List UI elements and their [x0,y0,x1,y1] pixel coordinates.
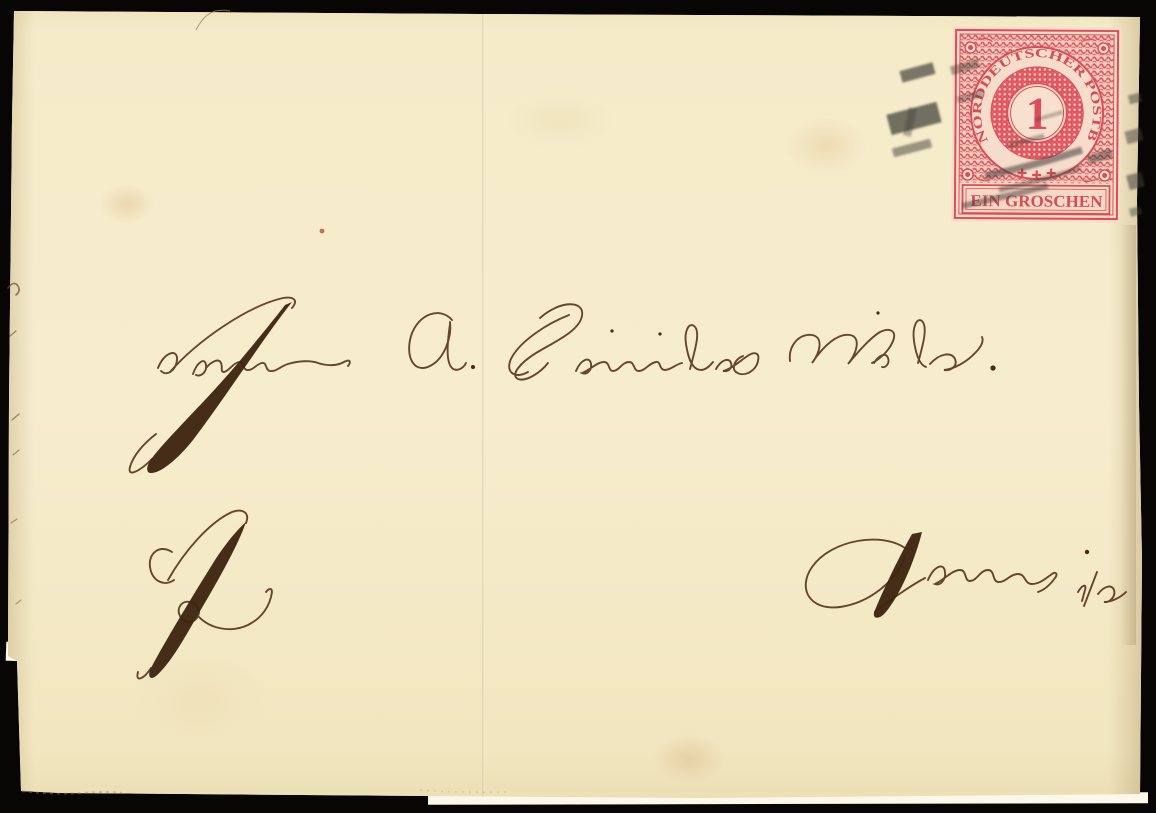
recipient-handwriting [130,298,996,473]
paper-specks [8,10,510,793]
photo-background: NORDDEUTSCHER POSTBEZIRK 1 [0,0,1156,813]
destination-handwriting [806,532,1126,618]
fiber-hair [196,10,230,30]
overlay-art [0,0,1156,813]
franco-handwriting [137,511,272,679]
postmark-strike [889,63,1143,213]
